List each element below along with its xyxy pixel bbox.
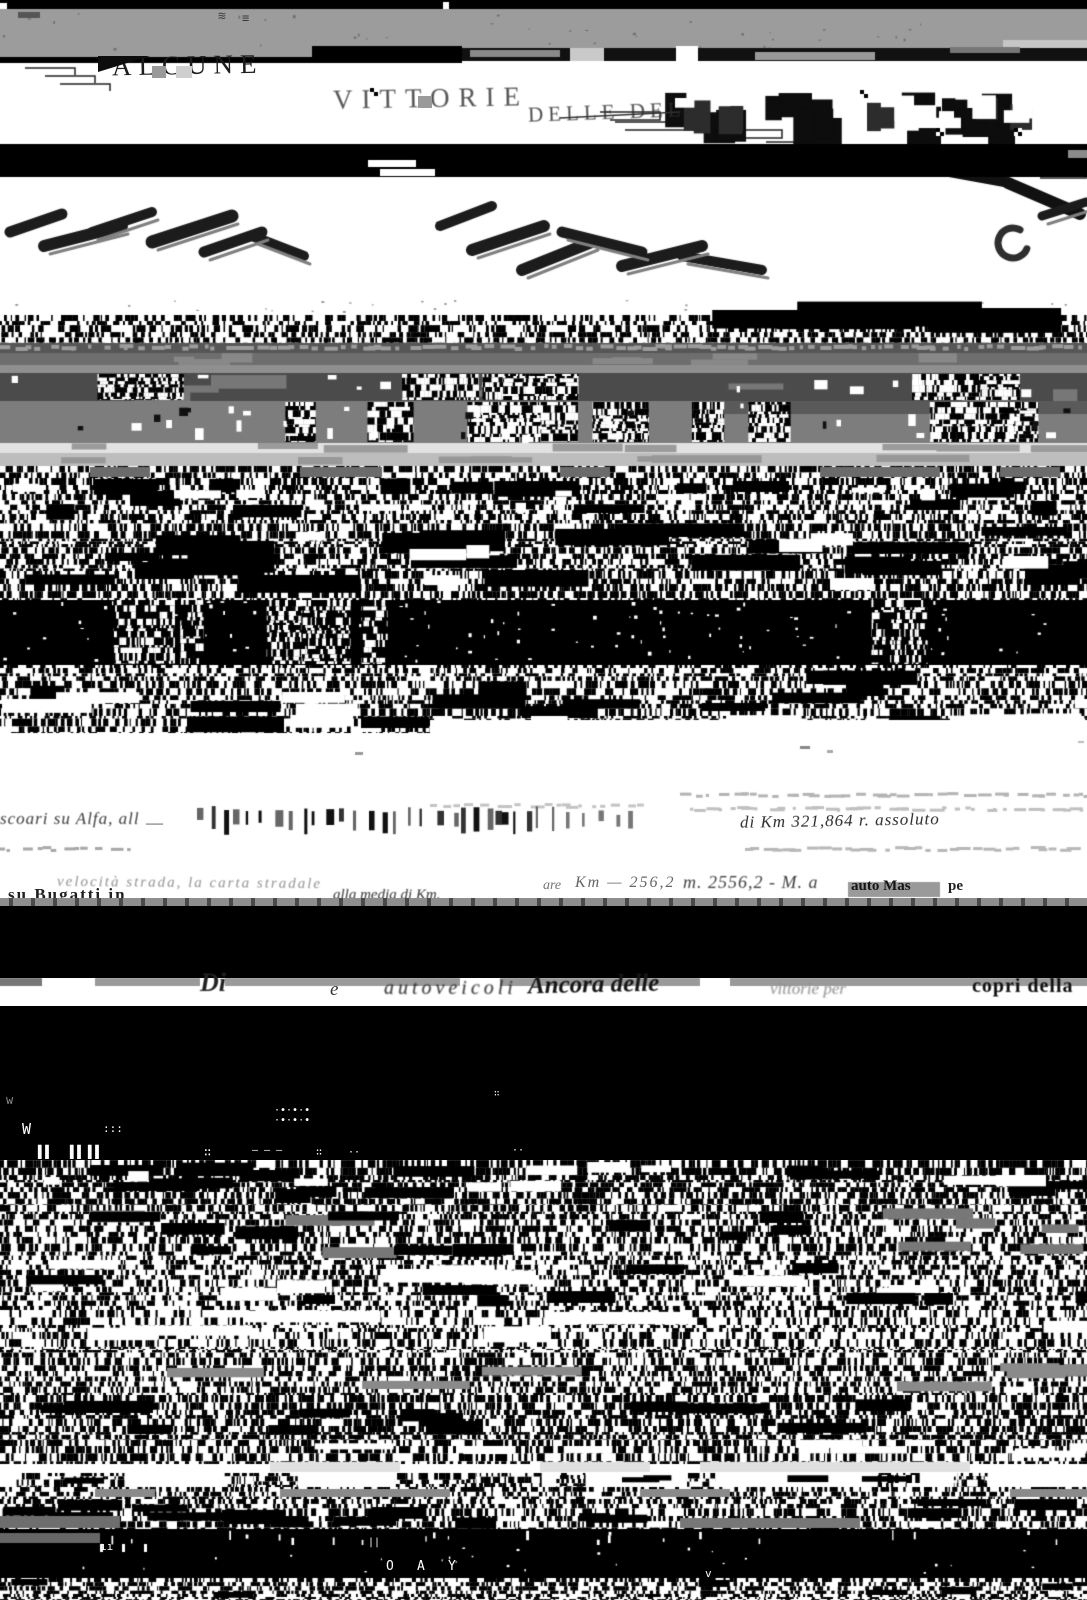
glitch-wedge: [98, 56, 150, 72]
noise-glyph: ▌▌: [88, 1146, 102, 1158]
header-word-delle-del: DELLE DEL: [528, 99, 686, 125]
noise-glyph: – – –: [252, 1146, 282, 1156]
noise-glyph: ∷: [204, 1146, 211, 1158]
fragment-dash: —: [146, 814, 163, 831]
noise-glyph: A: [417, 1560, 425, 1573]
glitchline-vittorie-per: vittorie per: [770, 980, 846, 997]
band-mark-tilde-icon: ≋: [218, 10, 226, 23]
noise-glyph: ▌▌: [38, 1146, 52, 1158]
fragment-m2556: m. 2556,2 - M. a: [683, 873, 819, 891]
scanned-document-page: ≋ ≡ ALCUNE VITTORIE DELLE DEL scoari su …: [0, 0, 1087, 1600]
glitch-square: [418, 96, 432, 108]
noise-glyph: ·∙·∙·∙: [274, 1116, 310, 1126]
glitch-square: [152, 66, 166, 78]
noise-glyph: ··: [348, 1148, 360, 1158]
black-band: [0, 906, 1087, 978]
fragment-km321: di Km 321,864 r. assoluto: [740, 810, 940, 830]
band-mark-equals-icon: ≡: [242, 12, 249, 24]
fragment-are: are: [543, 879, 561, 893]
noise-glyph: :::: [103, 1123, 123, 1134]
glitchline-copri: copri della: [972, 976, 1074, 996]
noise-glyph: v: [705, 1568, 712, 1579]
noise-glyph: O: [386, 1560, 394, 1573]
noise-glyph: ∷: [494, 1090, 499, 1099]
noise-glyph: Y: [448, 1560, 456, 1573]
noise-glyph: ||: [368, 1538, 380, 1548]
noise-glyph: ∷: [316, 1148, 322, 1158]
noise-glyph: ▌▌: [70, 1146, 84, 1158]
glitchline-di: Di: [200, 970, 226, 996]
noise-glyph: ··: [512, 1146, 524, 1156]
black-region: W ::: ·∙·∙·∙ ·∙·∙·∙ ▌▌ ▌▌ ▌▌ ∷ – – – ∷ ·…: [0, 1006, 1087, 1160]
noise-glyph: ıı: [100, 1541, 113, 1552]
fragment-automas: auto Mas: [851, 879, 911, 894]
fragment-scoari: scoari su Alfa, all: [0, 810, 140, 827]
glitchline-e: e: [330, 980, 338, 999]
fragment-pe: pe: [948, 879, 963, 894]
noise-glyph: W: [22, 1122, 31, 1137]
fragment-km256: Km — 256,2: [575, 875, 675, 891]
glitchline-ancora: Ancora delle: [528, 971, 660, 999]
noise-glyph: w: [6, 1094, 13, 1106]
glitchline-autoveicoli: autoveicoli: [384, 978, 517, 998]
gray-glitch-strip: [0, 898, 1087, 906]
glitch-noise-canvas: [0, 0, 1087, 1600]
glitch-square: [176, 66, 192, 78]
